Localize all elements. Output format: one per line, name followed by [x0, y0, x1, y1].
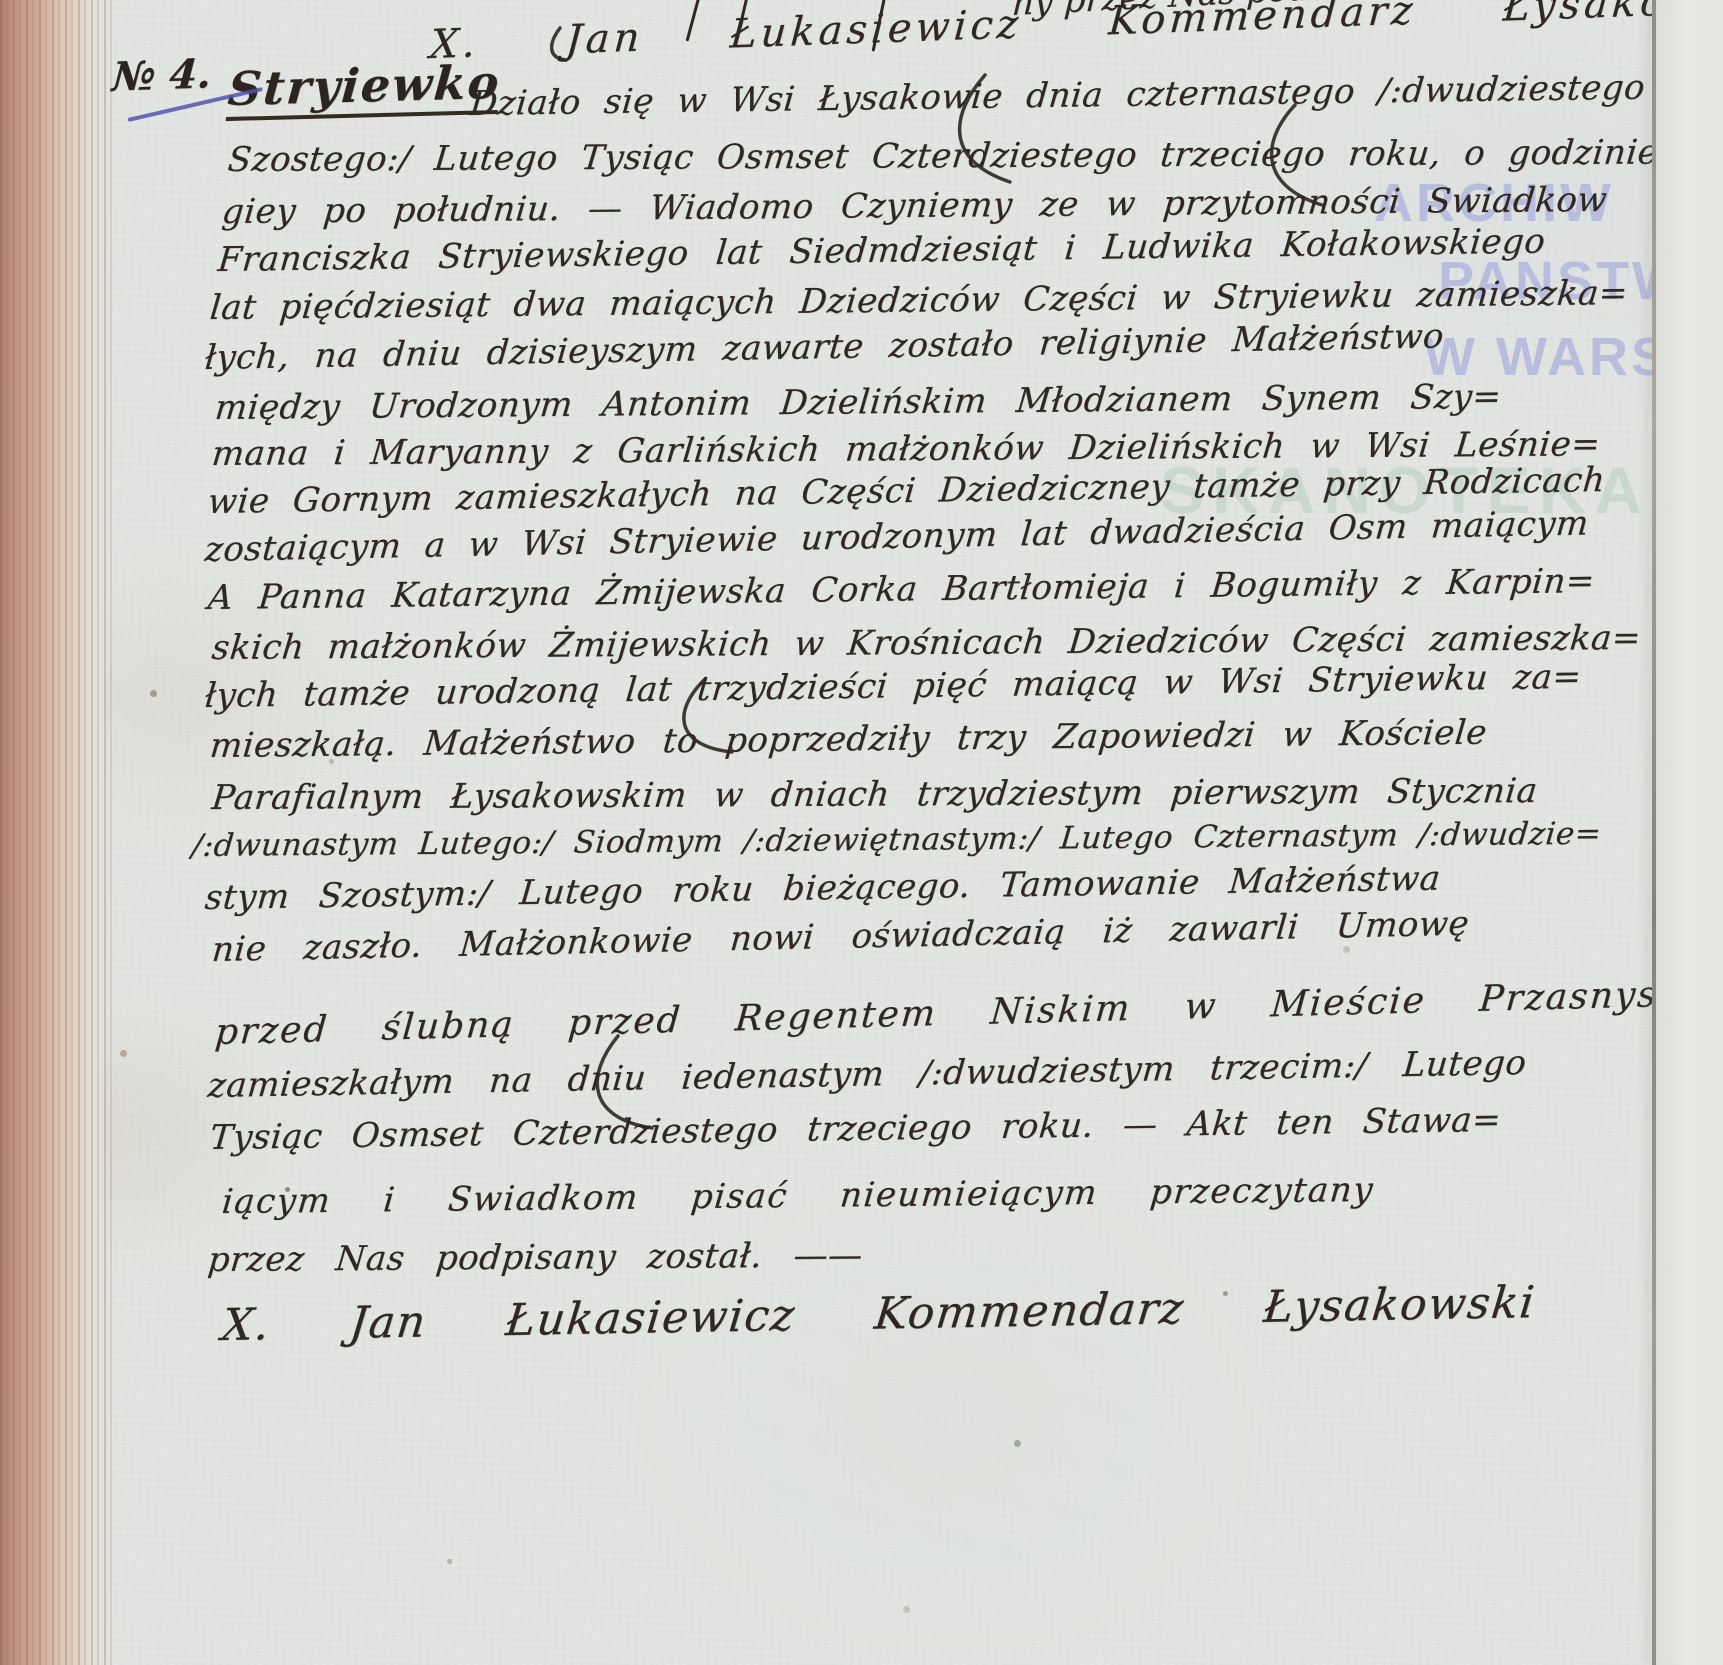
handwritten-line: Szostego:/ Lutego Tysiąc Osmset Czterdzi…	[226, 132, 1723, 180]
handwritten-line: Tysiąc Osmset Czterdziestego trzeciego r…	[208, 1100, 1503, 1158]
handwritten-line: A Panna Katarzyna Żmijewska Corka Bartło…	[206, 561, 1597, 618]
paper-specks	[0, 0, 3, 3]
adjacent-page-edge	[1656, 0, 1723, 1665]
book-binding-edge	[0, 0, 112, 1665]
document-scan-page: ARCHIW PANSTW W WARSZ SKANOTEKA GEN ny p…	[0, 0, 1723, 1665]
handwritten-line: /:dwunastym Lutego:/ Siodmym /:dziewiętn…	[190, 816, 1603, 864]
handwritten-line: zamieszkałym na dniu iedenastym /:dwudzi…	[206, 1043, 1528, 1106]
handwritten-line: przed ślubną przed Regentem Niskim w Mie…	[213, 973, 1705, 1053]
entry-title-stryiewko: Stryiewko	[226, 55, 503, 121]
signature-line: X. Jan Łukasiewicz Kommendarz Łysakowski	[219, 1277, 1538, 1351]
handwritten-line: iącym i Swiadkom pisać nieumieiącym prze…	[220, 1170, 1376, 1222]
handwritten-line: Działo się w Wsi Łysakowie dnia czternas…	[468, 68, 1647, 124]
page-fold-line	[1652, 0, 1656, 1665]
handwritten-line: przez Nas podpisany został. ——	[206, 1235, 865, 1280]
previous-entry-signature-fragment: X. Jan Łukasiewicz Kommendarz Łysakow	[428, 0, 1708, 68]
handwritten-line: mieszkałą. Małżeństwo to poprzedziły trz…	[208, 713, 1489, 766]
entry-number: № 4.	[110, 50, 212, 101]
handwritten-line: między Urodzonym Antonim Dzielińskim Mło…	[213, 377, 1503, 428]
handwritten-line: Parafialnym Łysakowskim w dniach trzydzi…	[210, 771, 1540, 818]
